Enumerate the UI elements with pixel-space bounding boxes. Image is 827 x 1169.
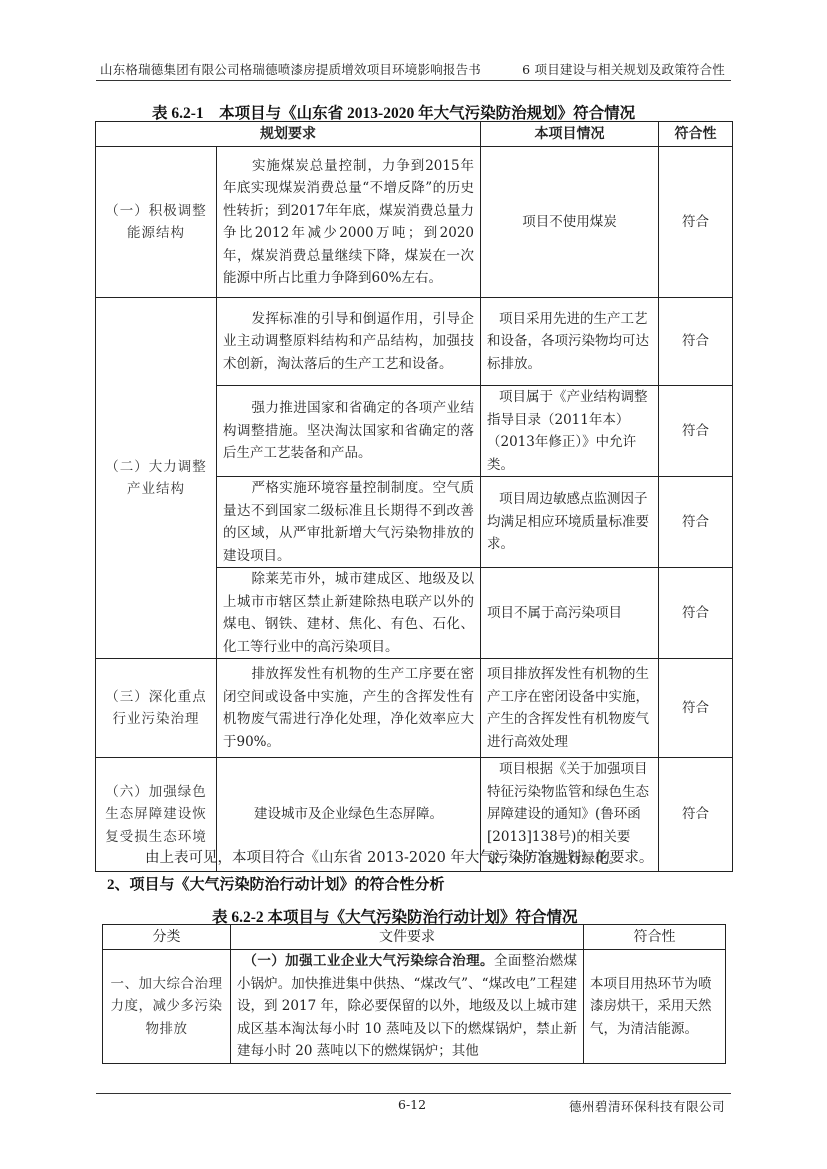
requirement-cell: 严格实施环境容量控制制度。空气质量达不到国家二级标准且长期得不到改善的区域，从严…	[217, 477, 481, 568]
requirement-cell: 强力推进国家和省确定的各项产业结构调整措施。坚决淘汰国家和省确定的落后生产工艺装…	[217, 386, 481, 477]
category-cell: （三）深化重点行业污染治理	[96, 659, 217, 758]
compliance-cell: 本项目用热环节为喷漆房烘干，采用天然气，为清洁能源。	[584, 950, 726, 1064]
table-row: （三）深化重点行业污染治理 排放挥发性有机物的生产工序要在密闭空间或设备中实施，…	[96, 659, 733, 758]
page-number: 6-12	[398, 1097, 426, 1112]
table-row: （二）大力调整产业结构 发挥标准的引导和倒逼作用，引导企业主动调整原料结构和产品…	[96, 298, 733, 386]
compliance-cell: 符合	[659, 659, 733, 758]
category-cell: （一）积极调整能源结构	[96, 147, 217, 298]
compliance-cell: 符合	[659, 477, 733, 568]
col-header-requirement: 规划要求	[96, 122, 481, 147]
page-footer: 6-12 德州碧清环保科技有限公司	[96, 1093, 731, 1114]
compliance-cell: 符合	[659, 758, 733, 872]
compliance-cell: 符合	[659, 147, 733, 298]
table1-compliance: 规划要求 本项目情况 符合性 （一）积极调整能源结构 实施煤炭总量控制，力争到2…	[95, 121, 733, 872]
section-heading: 2、项目与《大气污染防治行动计划》的符合性分析	[107, 873, 445, 894]
compliance-cell: 符合	[659, 298, 733, 386]
requirement-cell: 实施煤炭总量控制，力争到2015年年底实现煤炭消费总量“不增反降”的历史性转折；…	[217, 147, 481, 298]
col-header-category: 分类	[103, 925, 231, 950]
col-header-situation: 本项目情况	[481, 122, 659, 147]
conclusion-paragraph: 由上表可见，本项目符合《山东省 2013-2020 年大气污染防治规划》的要求。	[145, 846, 653, 867]
situation-cell: 项目属于《产业结构调整指导目录（2011年本）（2013年修正）》中允许类。	[481, 386, 659, 477]
situation-cell: 项目排放挥发性有机物的生产工序在密闭设备中实施，产生的含挥发性有机物废气进行高效…	[481, 659, 659, 758]
col-header-compliance: 符合性	[659, 122, 733, 147]
header-report-title: 山东格瑞德集团有限公司格瑞德喷漆房提质增效项目环境影响报告书	[100, 60, 481, 78]
requirement-cell: 发挥标准的引导和倒逼作用，引导企业主动调整原料结构和产品结构，加强技术创新，淘汰…	[217, 298, 481, 386]
category-cell: 一、加大综合治理力度，减少多污染物排放	[103, 950, 231, 1064]
col-header-compliance: 符合性	[584, 925, 726, 950]
situation-cell: 项目不属于高污染项目	[481, 568, 659, 659]
situation-cell: 项目采用先进的生产工艺和设备，各项污染物均可达标排放。	[481, 298, 659, 386]
compliance-cell: 符合	[659, 568, 733, 659]
table-row: 一、加大综合治理力度，减少多污染物排放 （一）加强工业企业大气污染综合治理。全面…	[103, 950, 726, 1064]
table2-header-row: 分类 文件要求 符合性	[103, 925, 726, 950]
footer-company: 德州碧清环保科技有限公司	[569, 1097, 725, 1115]
page-header: 山东格瑞德集团有限公司格瑞德喷漆房提质增效项目环境影响报告书 6 项目建设与相关…	[96, 58, 731, 81]
table1-header-row: 规划要求 本项目情况 符合性	[96, 122, 733, 147]
requirement-cell: 除莱芜市外，城市建成区、地级及以上城市市辖区禁止新建除热电联产以外的煤电、钢铁、…	[217, 568, 481, 659]
table1-caption: 表 6.2-1 本项目与《山东省 2013-2020 年大气污染防治规划》符合情…	[152, 101, 635, 123]
requirement-cell: 排放挥发性有机物的生产工序要在密闭空间或设备中实施，产生的含挥发性有机物废气需进…	[217, 659, 481, 758]
header-chapter-title: 6 项目建设与相关规划及政策符合性	[522, 60, 725, 78]
compliance-cell: 符合	[659, 386, 733, 477]
category-cell: （二）大力调整产业结构	[96, 298, 217, 659]
situation-cell: 项目周边敏感点监测因子均满足相应环境质量标准要求。	[481, 477, 659, 568]
col-header-requirement: 文件要求	[231, 925, 584, 950]
requirement-cell: （一）加强工业企业大气污染综合治理。全面整治燃煤小锅炉。加快推进集中供热、“煤改…	[231, 950, 584, 1064]
table-row: （一）积极调整能源结构 实施煤炭总量控制，力争到2015年年底实现煤炭消费总量“…	[96, 147, 733, 298]
situation-cell: 项目不使用煤炭	[481, 147, 659, 298]
table2-compliance: 分类 文件要求 符合性 一、加大综合治理力度，减少多污染物排放 （一）加强工业企…	[102, 924, 726, 1064]
